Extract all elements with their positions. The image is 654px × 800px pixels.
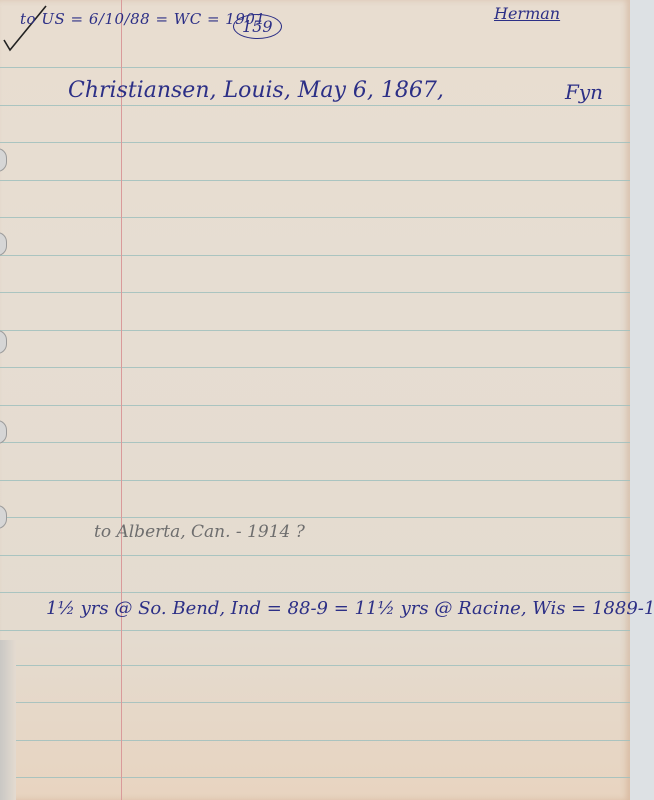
ruled-line — [0, 777, 630, 778]
given-name-note: Herman — [494, 4, 560, 23]
ruled-paper-page: to US = 6/10/88 = WC = 1901 159 Herman C… — [0, 0, 630, 800]
torn-edge — [0, 640, 16, 800]
immigration-note: to US = 6/10/88 = WC = 1901 — [20, 10, 265, 28]
binder-hole — [0, 232, 7, 256]
ruled-line — [0, 592, 630, 593]
binder-hole — [0, 420, 7, 444]
ruled-line — [0, 480, 630, 481]
ruled-line — [0, 105, 630, 106]
ruled-line — [0, 180, 630, 181]
ruled-line — [0, 330, 630, 331]
ruled-line — [0, 217, 630, 218]
origin-place: Fyn — [565, 80, 603, 104]
residence-history-line: 1½ yrs @ So. Bend, Ind = 88-9 = 11½ yrs … — [46, 598, 654, 619]
ruled-line — [0, 367, 630, 368]
ruled-line — [0, 555, 630, 556]
ruled-line — [0, 665, 630, 666]
ruled-line — [0, 630, 630, 631]
red-margin-line — [121, 0, 122, 800]
binder-hole — [0, 148, 7, 172]
ruled-line — [0, 517, 630, 518]
pencil-note: to Alberta, Can. - 1914 ? — [94, 522, 305, 542]
ruled-line — [0, 740, 630, 741]
binder-hole — [0, 330, 7, 354]
ruled-line — [0, 292, 630, 293]
ruled-line — [0, 702, 630, 703]
ruled-line — [0, 405, 630, 406]
ruled-line — [0, 67, 630, 68]
ruled-line — [0, 255, 630, 256]
binder-hole — [0, 505, 7, 529]
ruled-line — [0, 442, 630, 443]
ruled-line — [0, 142, 630, 143]
record-number: 159 — [233, 14, 282, 39]
name-birth-line: Christiansen, Louis, May 6, 1867, — [68, 78, 444, 103]
